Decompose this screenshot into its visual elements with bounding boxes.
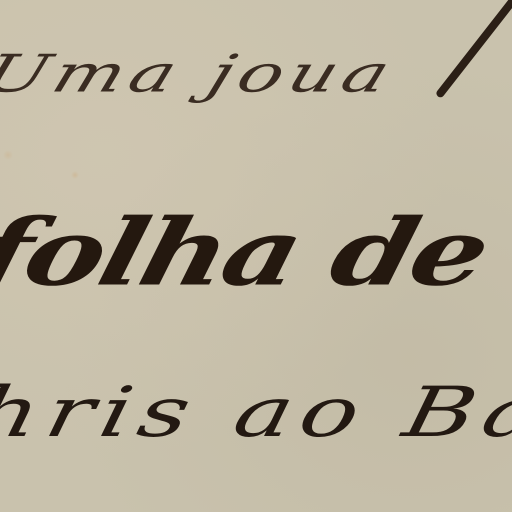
manuscript-page: Uma joua folha de c hris ao Ba [0,0,512,512]
handwritten-line-2: folha de c [0,198,512,306]
handwritten-line-1: Uma joua [0,44,403,104]
ink-stroke [435,0,512,99]
handwritten-line-3: hris ao Ba [0,372,512,453]
